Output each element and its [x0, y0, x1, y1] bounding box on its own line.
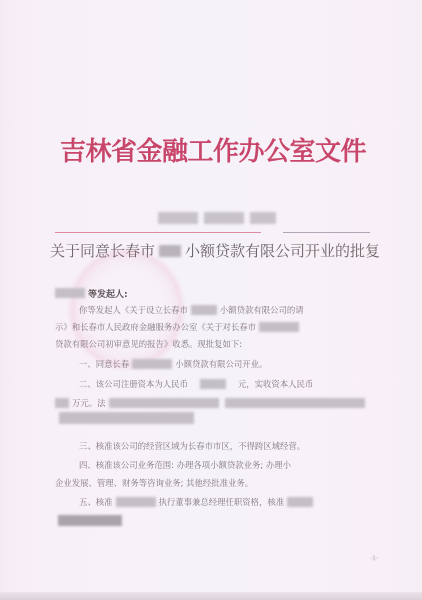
- redaction-block: [116, 497, 156, 507]
- paragraph-line: 五、核准 执行董事兼总经理任职资格，核准: [79, 496, 316, 508]
- addressee-text: 等发起人:: [88, 287, 128, 300]
- text-segment: 万元。法: [72, 397, 106, 409]
- page-number: -1-: [370, 555, 378, 562]
- subject-redaction: [159, 245, 181, 257]
- text-segment: 你等发起人《关于设立长春市: [79, 304, 188, 316]
- redaction-block: [250, 212, 276, 224]
- text-segment: 一、同意长春: [79, 358, 129, 370]
- paragraph-line: 万元。法: [55, 397, 368, 409]
- addressee-line: 等发起人:: [55, 287, 128, 299]
- paragraph-line: [55, 514, 125, 526]
- subject-suffix: 小额贷款有限公司开业的批复: [185, 240, 380, 261]
- text-segment: 五、核准: [79, 496, 113, 508]
- paragraph-line: 三、核准该公司的经营区域为长春市市区，不得跨区域经营。: [79, 440, 305, 452]
- text-segment: 示》和长春市人民政府金融服务办公室《关于对长春市: [55, 321, 256, 333]
- text-segment: 二、该公司注册资本为人民币: [79, 378, 188, 390]
- document-number-redacted: [158, 212, 278, 224]
- redaction-block: [58, 515, 122, 526]
- page-edge-shadow: [0, 592, 422, 600]
- text-segment: 企业发展、管理、财务等咨询业务; 其他经批准业务。: [55, 477, 253, 489]
- document-header-title: 吉林省金融工作办公室文件: [60, 131, 362, 168]
- text-segment: 贷款有限公司初审意见的报告》收悉。现批复如下:: [55, 338, 242, 350]
- redaction-block: [158, 212, 198, 224]
- text-segment: 执行董事兼总经理任职资格，核准: [159, 496, 285, 508]
- document-page: 吉林省金融工作办公室文件 关于同意长春市 小额贷款有限公司开业的批复 等发起人:…: [0, 0, 422, 600]
- paragraph-line: 一、同意长春 小额贷款有限公司开业。: [79, 358, 267, 370]
- addressee-redaction: [55, 288, 85, 298]
- text-segment: 元，实收资本人民币: [238, 378, 313, 390]
- redaction-block: [200, 379, 226, 389]
- text-segment: 小额贷款有限公司开业。: [175, 358, 267, 370]
- paragraph-line: [55, 412, 197, 424]
- paragraph-line: 你等发起人《关于设立长春市 小额贷款有限公司的请: [79, 304, 304, 316]
- paragraph-line: 示》和长春市人民政府金融服务办公室《关于对长春市: [55, 321, 302, 333]
- redaction-block: [132, 359, 172, 369]
- text-segment: 三、核准该公司的经营区域为长春市市区，不得跨区域经营。: [79, 440, 305, 452]
- redaction-block: [55, 398, 69, 408]
- text-segment: 四、核准该公司业务范围: 办理各项小额贷款业务; 办理小: [79, 459, 291, 471]
- redaction-block: [204, 212, 244, 224]
- paragraph-line: 四、核准该公司业务范围: 办理各项小额贷款业务; 办理小: [79, 459, 291, 471]
- redaction-block: [225, 398, 365, 408]
- paragraph-line: 贷款有限公司初审意见的报告》收悉。现批复如下:: [55, 338, 242, 350]
- text-segment: 小额贷款有限公司的请: [220, 304, 304, 316]
- redaction-block: [287, 497, 313, 507]
- divider-rule-right: [283, 232, 370, 233]
- redaction-block: [259, 322, 299, 332]
- redaction-block: [191, 305, 217, 315]
- redaction-block: [109, 398, 219, 408]
- red-divider-rule: [55, 232, 261, 233]
- redaction-block: [59, 412, 194, 424]
- paragraph-line: 企业发展、管理、财务等咨询业务; 其他经批准业务。: [55, 477, 253, 489]
- paragraph-line: 二、该公司注册资本为人民币 元，实收资本人民币: [79, 378, 313, 390]
